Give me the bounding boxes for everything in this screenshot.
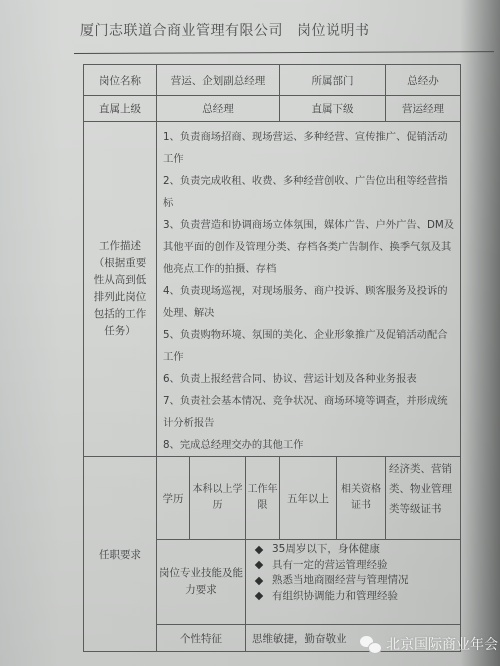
- education-value: 本科以上学历: [190, 457, 246, 540]
- diamond-bullet-icon: [255, 577, 263, 585]
- superior-value: 总经理: [157, 96, 280, 122]
- education-label: 学历: [157, 457, 190, 540]
- duty-item: 8、完成总经理交办的其他工作: [163, 434, 456, 456]
- subordinate-value: 营运经理: [386, 96, 461, 122]
- skill-text: 35周岁以下，身体健康: [272, 542, 380, 558]
- duty-item: 5、负责购物环境、氛围的美化、企业形象推广及促销活动配合工作: [163, 324, 456, 368]
- skill-item: 35周岁以下，身体健康: [250, 542, 456, 558]
- personality-label: 个性特征: [157, 625, 246, 652]
- duty-item: 6、负责上报经营合同、协议、营运计划及各种业务报表: [163, 368, 456, 390]
- position-value: 营运、企划副总经理: [157, 65, 280, 96]
- duty-item: 7、负责社会基本情况、竞争状况、商场环境等调查，并形成统计分析报告: [163, 390, 456, 434]
- diamond-bullet-icon: [255, 561, 263, 569]
- duty-item: 4、负责现场巡视，对现场服务、商户投诉、顾客服务及投诉的处理、解决: [163, 280, 456, 324]
- duty-item: 1、负责商场招商、现场营运、多种经营、宣传推广、促销活动工作: [163, 126, 456, 170]
- duty-item: 2、负责完成收租、收费、多种经营创收、广告位出租等经营指标: [163, 170, 456, 214]
- requirements-label: 任职要求: [84, 457, 157, 652]
- header-rule: [74, 51, 494, 54]
- department-value: 总经办: [386, 65, 461, 96]
- certificate-label: 相关资格证书: [337, 457, 386, 540]
- skill-text: 熟悉当地商圈经营与管理情况: [272, 573, 409, 589]
- document-header: 厦门志联道合商业管理有限公司岗位说明书: [80, 20, 370, 40]
- row-position: 岗位名称 营运、企划副总经理 所属部门 总经办: [84, 65, 461, 96]
- skill-text: 有组织协调能力和管理经验: [272, 589, 398, 605]
- watermark-text: 北京国际商业年会: [386, 634, 498, 654]
- row-qualifications: 任职要求 学历 本科以上学历 工作年限 五年以上 相关资格证书 经济类、营销类、…: [84, 457, 461, 540]
- skill-text: 具有一定的营运管理经验: [272, 558, 388, 574]
- skill-item: 有组织协调能力和管理经验: [250, 589, 456, 605]
- skills-list: 35周岁以下，身体健康 具有一定的营运管理经验 熟悉当地商圈经营与管理情况 有组…: [246, 540, 461, 625]
- skill-item: 具有一定的营运管理经验: [250, 558, 456, 574]
- diamond-bullet-icon: [255, 546, 263, 554]
- experience-value: 五年以上: [280, 457, 337, 540]
- certificate-value: 经济类、营销类、物业管理类等级证书: [386, 457, 461, 540]
- job-description-table: 岗位名称 营运、企划副总经理 所属部门 总经办 直属上级 总经理 直属下级 营运…: [83, 64, 461, 652]
- department-label: 所属部门: [280, 65, 386, 96]
- skill-item: 熟悉当地商圈经营与管理情况: [250, 573, 456, 589]
- row-reporting: 直属上级 总经理 直属下级 营运经理: [84, 96, 461, 122]
- company-name: 厦门志联道合商业管理有限公司: [80, 23, 283, 39]
- superior-label: 直属上级: [84, 96, 157, 122]
- position-label: 岗位名称: [84, 65, 157, 96]
- experience-label: 工作年限: [246, 457, 280, 540]
- document-type: 岗位说明书: [297, 23, 370, 39]
- subordinate-label: 直属下级: [280, 96, 386, 122]
- skills-label: 岗位专业技能及能力要求: [157, 540, 246, 625]
- wechat-icon: [360, 636, 382, 652]
- duties-label: 工作描述（根据重要性从高到低排列此岗位包括的工作任务）: [84, 122, 157, 457]
- duties-list: 1、负责商场招商、现场营运、多种经营、宣传推广、促销活动工作 2、负责完成收租、…: [157, 122, 461, 457]
- row-duties: 工作描述（根据重要性从高到低排列此岗位包括的工作任务） 1、负责商场招商、现场营…: [84, 122, 461, 457]
- diamond-bullet-icon: [255, 592, 263, 600]
- duty-item: 3、负责营造和协调商场立体氛围，媒体广告、户外广告、DM及其他平面的创作及管理分…: [163, 214, 456, 280]
- watermark: 北京国际商业年会: [360, 634, 498, 654]
